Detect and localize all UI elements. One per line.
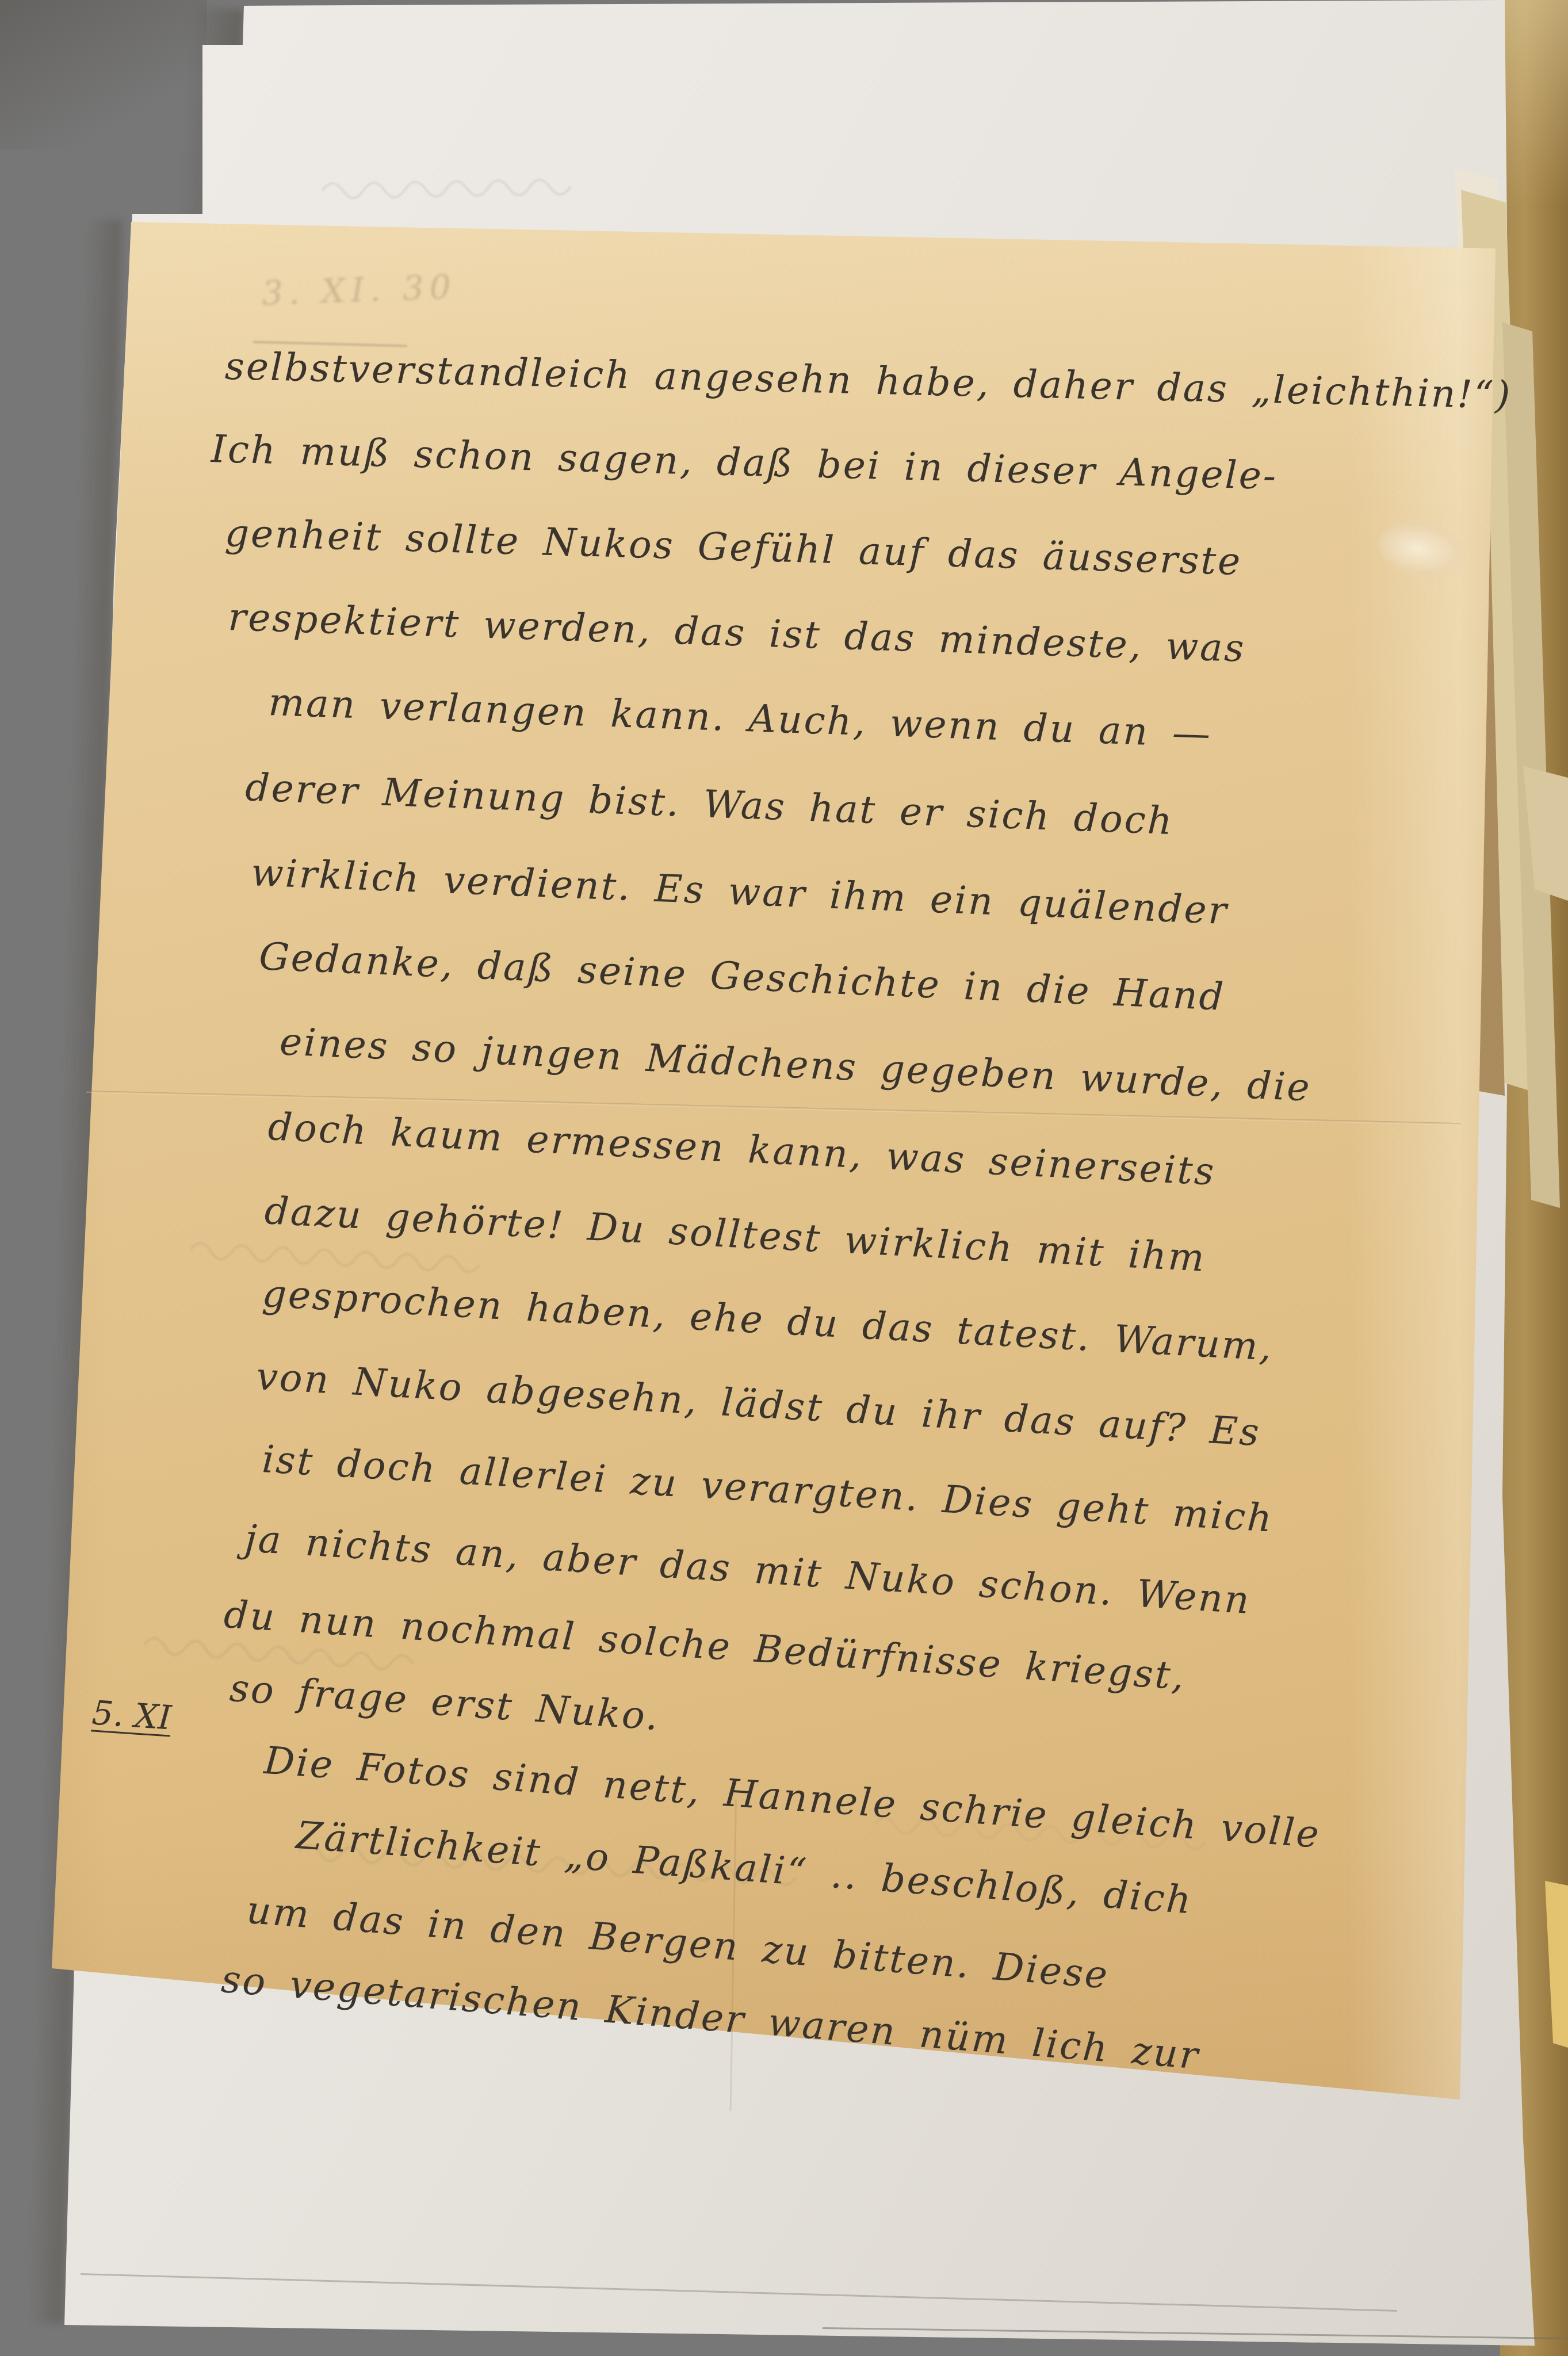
book-cover-highlight [1500,0,1568,207]
photo-of-handwritten-letter: 3. XI. 30 selbstverstandleich angesehn h… [0,0,1568,2356]
pencil-annotation: 3. XI. 30 [261,267,457,313]
margin-date-note: 5. XI [91,1693,173,1737]
ink-bleedthrough-squiggle [322,170,599,204]
desk-corner-shadow [0,0,207,150]
